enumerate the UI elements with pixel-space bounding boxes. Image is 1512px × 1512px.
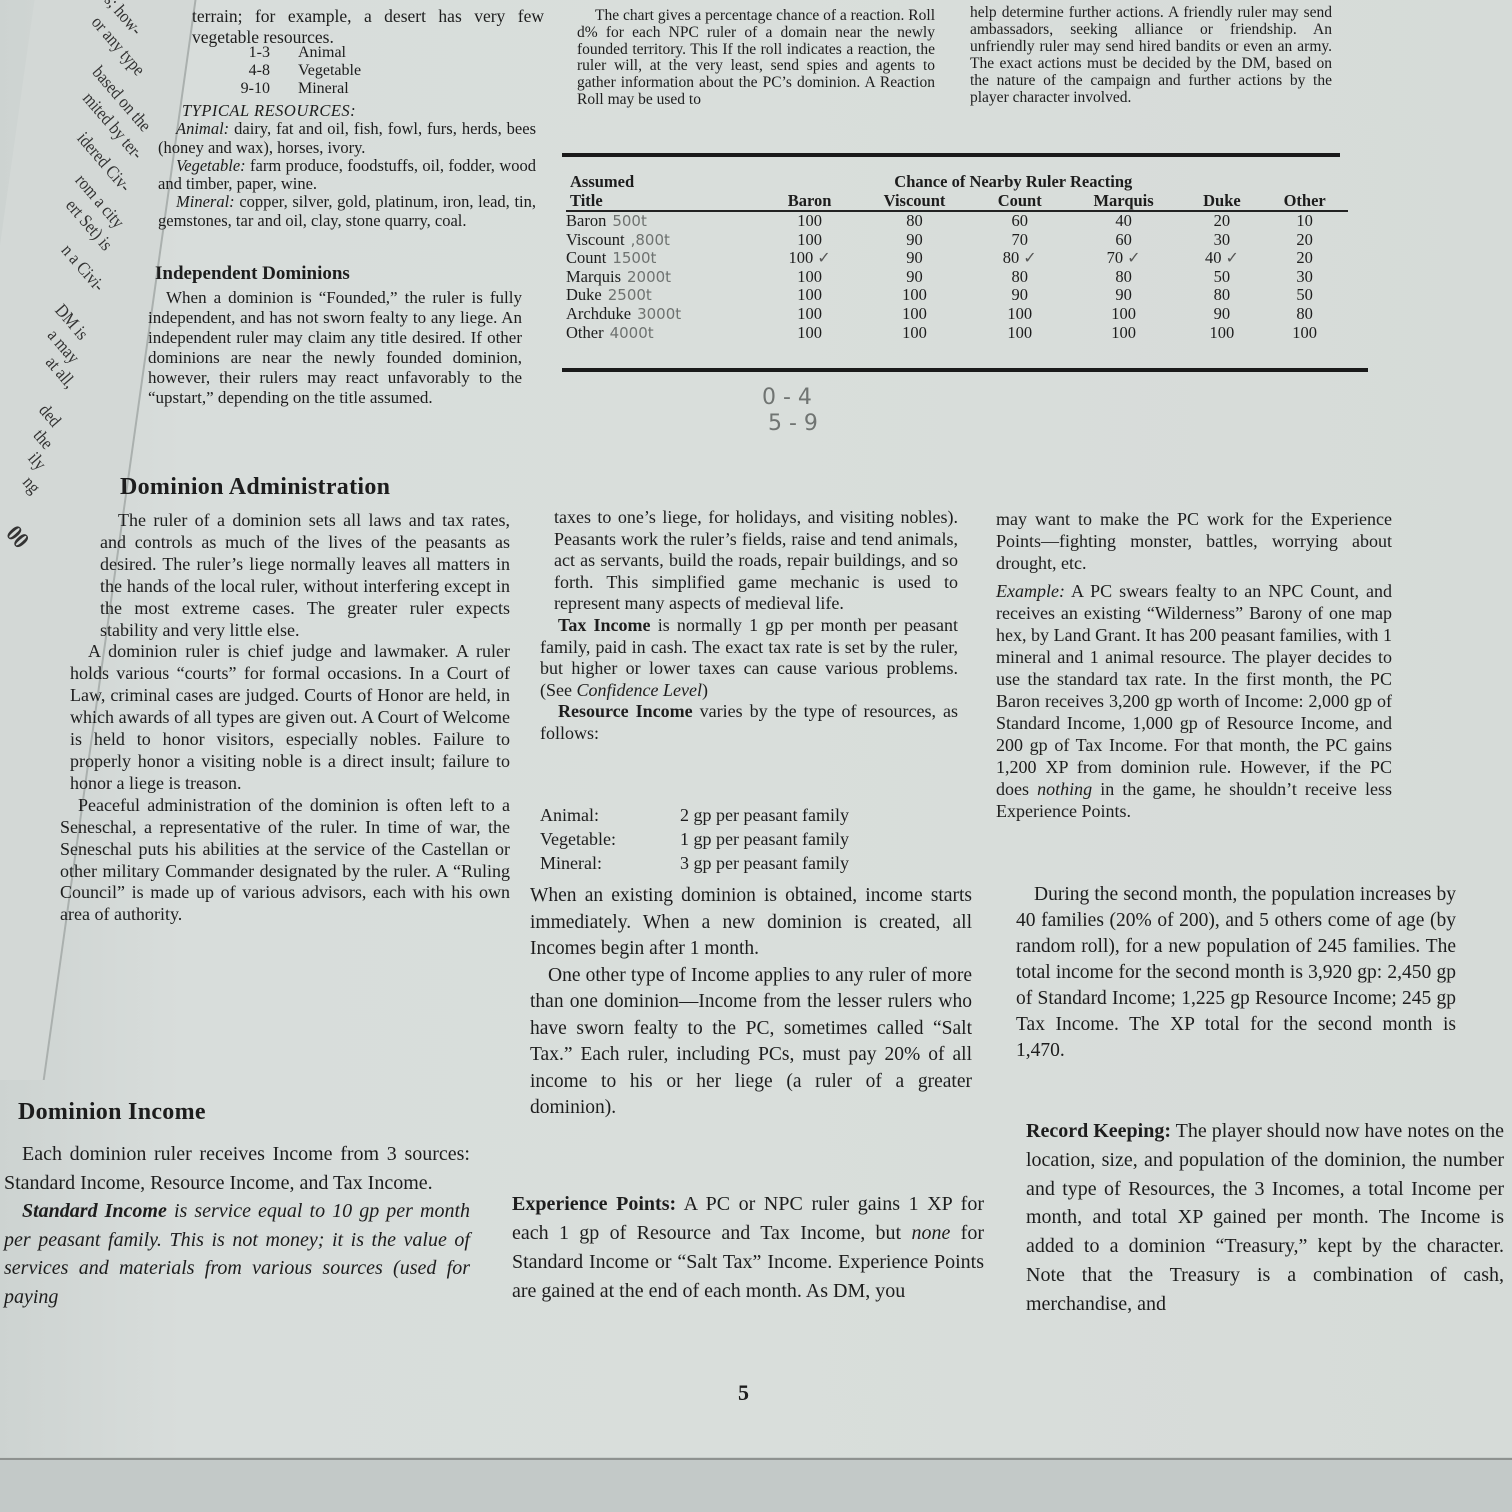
- margin-fragment: the: [29, 425, 58, 454]
- typical-resources: TYPICAL RESOURCES: Animal: dairy, fat an…: [158, 102, 536, 230]
- independent-heading: Independent Dominions: [155, 263, 350, 285]
- table-row: Count1500t 100✓ 90 80✓ 70✓ 40✓ 20: [566, 249, 1348, 268]
- typical-resources-heading: TYPICAL RESOURCES:: [158, 102, 536, 120]
- handwritten-note: 3000t: [637, 305, 681, 323]
- col-duke: Duke: [1183, 191, 1262, 211]
- rulebook-page: s; how- or any type based on the mited b…: [0, 0, 1512, 1457]
- col-baron: Baron: [765, 191, 854, 211]
- col-count: Count: [975, 191, 1065, 211]
- income-column-3: may want to make the PC work for the Exp…: [996, 508, 1392, 822]
- handwritten-note: ,800t: [631, 231, 670, 249]
- table-row: Baron500t 1008060402010: [566, 211, 1348, 231]
- income-column-2-cont: When an existing dominion is obtained, i…: [530, 883, 972, 1122]
- resource-income-rates: Animal:2 gp per peasant family Vegetable…: [540, 803, 849, 875]
- rate-row: Mineral:3 gp per peasant family: [540, 851, 849, 875]
- rate-row: Vegetable:1 gp per peasant family: [540, 827, 849, 851]
- table-row: Duke2500t 10010090908050: [566, 286, 1348, 305]
- reaction-actions-text: help determine further actions. A friend…: [970, 4, 1332, 106]
- check-mark-icon: ✓: [1127, 248, 1140, 267]
- handwritten-note: 2000t: [627, 268, 671, 286]
- margin-fragment: ded: [34, 400, 65, 431]
- table-top-rule: [562, 153, 1340, 157]
- handwritten-note: 2500t: [608, 286, 652, 304]
- roll-row: 4-8Vegetable: [200, 62, 361, 80]
- header-assumed: Assumed: [566, 172, 765, 191]
- table-row: Archduke3000t 1001001001009080: [566, 305, 1348, 324]
- check-mark-icon: ✓: [817, 248, 830, 267]
- reaction-table: Assumed Chance of Nearby Ruler Reacting …: [566, 172, 1348, 342]
- table-row: Viscount,800t 1009070603020: [566, 231, 1348, 250]
- handwritten-note: 4000t: [610, 324, 654, 342]
- rate-row: Animal:2 gp per peasant family: [540, 803, 849, 827]
- administration-heading: Dominion Administration: [120, 474, 390, 501]
- page-number: 5: [738, 1380, 749, 1406]
- handwritten-note: 500t: [612, 212, 647, 230]
- handwritten-annotation: 0 - 4 5 - 9: [762, 385, 818, 437]
- chart-description: The chart gives a percentage chance of a…: [577, 8, 935, 109]
- col-marquis: Marquis: [1065, 191, 1183, 211]
- check-mark-icon: ✓: [1225, 248, 1238, 267]
- roll-row: 1-3Animal: [200, 44, 361, 62]
- table-row: Other4000t 100100100100100100: [566, 324, 1348, 343]
- administration-text: The ruler of a dominion sets all laws an…: [60, 510, 510, 926]
- table-row: Marquis2000t 1009080805030: [566, 268, 1348, 287]
- check-mark-icon: ✓: [1023, 248, 1036, 267]
- resource-intro: terrain; for example, a desert has very …: [192, 6, 544, 47]
- income-column-2: taxes to one’s liege, for holidays, and …: [540, 507, 958, 745]
- col-other: Other: [1261, 191, 1348, 211]
- handwritten-note: 1500t: [612, 249, 656, 267]
- header-chance: Chance of Nearby Ruler Reacting: [854, 172, 1348, 191]
- margin-fragment: ily: [23, 448, 50, 475]
- experience-points-text: Experience Points: A PC or NPC ruler gai…: [512, 1190, 984, 1306]
- col-viscount: Viscount: [854, 191, 974, 211]
- resource-roll-table: 1-3Animal 4-8Vegetable 9-10Mineral: [200, 44, 361, 98]
- underlying-page: [0, 1458, 1512, 1512]
- roll-row: 9-10Mineral: [200, 80, 361, 98]
- table-bottom-rule: [562, 368, 1368, 372]
- header-title: Title: [566, 191, 765, 211]
- income-heading: Dominion Income: [18, 1099, 206, 1126]
- record-keeping-text: Record Keeping: The player should now ha…: [1026, 1117, 1504, 1319]
- margin-fragment: 00: [0, 520, 34, 554]
- independent-text: When a dominion is “Founded,” the ruler …: [148, 288, 522, 408]
- margin-fragment: ng: [18, 472, 44, 498]
- income-text: Each dominion ruler receives Income from…: [4, 1140, 470, 1311]
- second-month-text: During the second month, the population …: [1016, 882, 1456, 1064]
